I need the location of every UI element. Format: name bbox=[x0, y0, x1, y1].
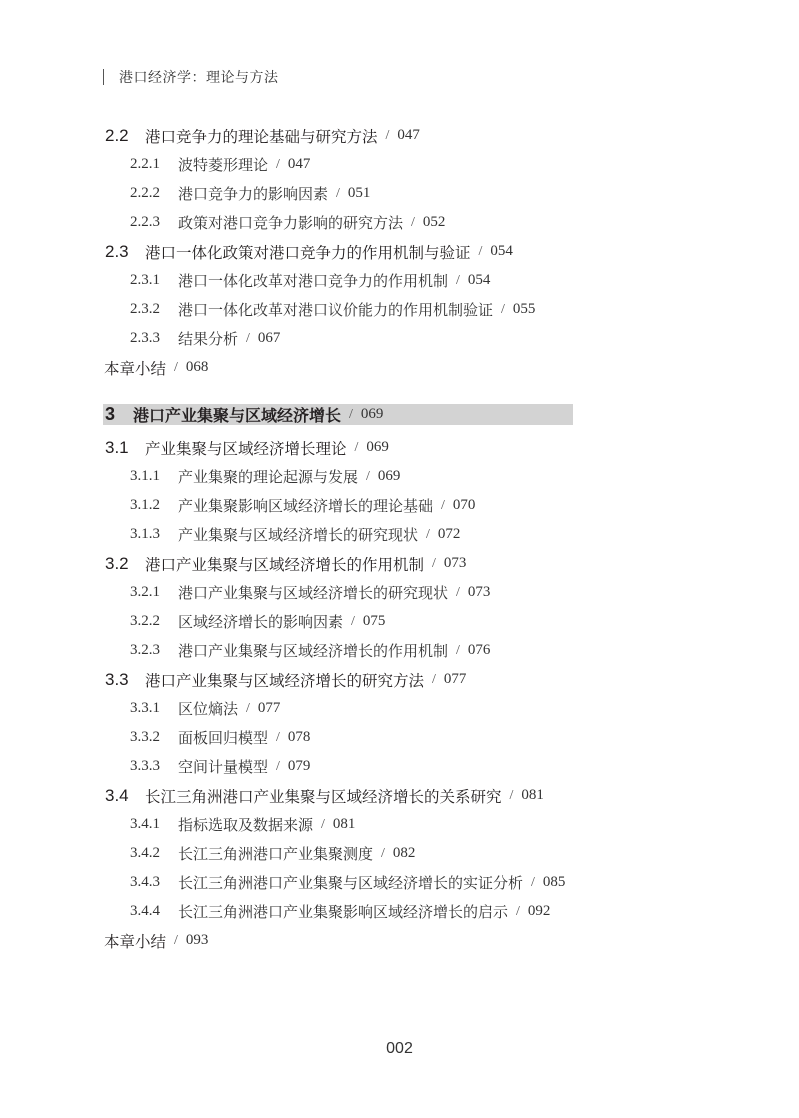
section-number: 2.3.2 bbox=[130, 301, 178, 318]
chapter-number: 3 bbox=[105, 404, 133, 425]
toc-entry-3-3-3[interactable]: 3.3.3 空间计量模型 / 079 bbox=[130, 752, 310, 781]
section-number: 3.2.3 bbox=[130, 642, 178, 659]
section-title: 港口产业集聚与区域经济增长的研究现状 bbox=[178, 582, 448, 603]
separator: / bbox=[276, 759, 280, 775]
page-ref: 077 bbox=[444, 671, 467, 688]
section-title: 长江三角洲港口产业集聚与区域经济增长的关系研究 bbox=[145, 785, 502, 807]
toc-entry-2-3-3[interactable]: 2.3.3 结果分析 / 067 bbox=[130, 324, 280, 353]
separator: / bbox=[246, 701, 250, 717]
separator: / bbox=[456, 585, 460, 601]
section-title: 波特菱形理论 bbox=[178, 154, 268, 175]
section-number: 3.4.4 bbox=[130, 903, 178, 920]
page-ref: 078 bbox=[288, 729, 311, 746]
toc-entry-2-3-2[interactable]: 2.3.2 港口一体化改革对港口议价能力的作用机制验证 / 055 bbox=[130, 295, 535, 324]
toc-entry-2-2-3[interactable]: 2.2.3 政策对港口竞争力影响的研究方法 / 052 bbox=[130, 208, 445, 237]
page-ref: 077 bbox=[258, 700, 281, 717]
page-ref: 072 bbox=[438, 526, 461, 543]
section-number: 3.1.1 bbox=[130, 468, 178, 485]
toc-entry-3-4[interactable]: 3.4 长江三角洲港口产业集聚与区域经济增长的关系研究 / 081 bbox=[105, 781, 544, 810]
page-ref: 073 bbox=[444, 555, 467, 572]
toc-entry-3-3-1[interactable]: 3.3.1 区位熵法 / 077 bbox=[130, 694, 280, 723]
page-ref: 075 bbox=[363, 613, 386, 630]
section-title: 区域经济增长的影响因素 bbox=[178, 611, 343, 632]
toc-entry-3-4-3[interactable]: 3.4.3 长江三角洲港口产业集聚与区域经济增长的实证分析 / 085 bbox=[130, 868, 565, 897]
separator: / bbox=[501, 302, 505, 318]
separator: / bbox=[479, 244, 483, 260]
section-title: 港口一体化改革对港口竞争力的作用机制 bbox=[178, 270, 448, 291]
section-title: 港口一体化改革对港口议价能力的作用机制验证 bbox=[178, 299, 493, 320]
page-ref: 054 bbox=[490, 243, 513, 260]
section-title: 产业集聚影响区域经济增长的理论基础 bbox=[178, 495, 433, 516]
section-number: 2.2.1 bbox=[130, 156, 178, 173]
section-number: 2.2.3 bbox=[130, 214, 178, 231]
section-number: 3.2.1 bbox=[130, 584, 178, 601]
separator: / bbox=[246, 331, 250, 347]
section-number: 3.1 bbox=[105, 438, 145, 458]
separator: / bbox=[411, 215, 415, 231]
separator: / bbox=[381, 846, 385, 862]
separator: / bbox=[426, 527, 430, 543]
section-title: 产业集聚的理论起源与发展 bbox=[178, 466, 358, 487]
page-ref: 081 bbox=[333, 816, 356, 833]
section-title: 本章小结 bbox=[104, 357, 166, 379]
section-number: 2.2 bbox=[105, 126, 145, 146]
page-ref: 047 bbox=[288, 156, 311, 173]
toc-chapter-3[interactable]: 3 港口产业集聚与区域经济增长 / 069 bbox=[103, 404, 573, 425]
section-title: 长江三角洲港口产业集聚影响区域经济增长的启示 bbox=[178, 901, 508, 922]
section-number: 3.1.2 bbox=[130, 497, 178, 514]
section-title: 港口产业集聚与区域经济增长的研究方法 bbox=[145, 669, 424, 691]
section-title: 港口产业集聚与区域经济增长的作用机制 bbox=[178, 640, 448, 661]
separator: / bbox=[351, 614, 355, 630]
page-ref: 070 bbox=[453, 497, 476, 514]
section-title: 区位熵法 bbox=[178, 698, 238, 719]
toc-entry-2-2-1[interactable]: 2.2.1 波特菱形理论 / 047 bbox=[130, 150, 310, 179]
section-title: 港口一体化政策对港口竞争力的作用机制与验证 bbox=[145, 241, 471, 263]
toc-entry-2-3-1[interactable]: 2.3.1 港口一体化改革对港口竞争力的作用机制 / 054 bbox=[130, 266, 490, 295]
toc-entry-3-1-3[interactable]: 3.1.3 产业集聚与区域经济增长的研究现状 / 072 bbox=[130, 520, 460, 549]
section-title: 空间计量模型 bbox=[178, 756, 268, 777]
page-ref: 092 bbox=[528, 903, 551, 920]
running-header: 港口经济学：理论与方法 bbox=[103, 66, 279, 88]
page-ref: 081 bbox=[521, 787, 544, 804]
page-ref: 047 bbox=[397, 127, 420, 144]
chapter-title: 港口产业集聚与区域经济增长 bbox=[133, 403, 341, 426]
section-number: 3.2.2 bbox=[130, 613, 178, 630]
separator: / bbox=[366, 469, 370, 485]
page-ref: 079 bbox=[288, 758, 311, 775]
toc-entry-summary-2[interactable]: 本章小结 / 068 bbox=[104, 353, 208, 382]
separator: / bbox=[174, 360, 178, 376]
section-title: 港口竞争力的理论基础与研究方法 bbox=[145, 125, 378, 147]
separator: / bbox=[174, 933, 178, 949]
separator: / bbox=[336, 186, 340, 202]
toc-entry-3-4-2[interactable]: 3.4.2 长江三角洲港口产业集聚测度 / 082 bbox=[130, 839, 415, 868]
section-number: 2.2.2 bbox=[130, 185, 178, 202]
toc-entry-2-3[interactable]: 2.3 港口一体化政策对港口竞争力的作用机制与验证 / 054 bbox=[105, 237, 513, 266]
separator: / bbox=[321, 817, 325, 833]
toc-entry-2-2[interactable]: 2.2 港口竞争力的理论基础与研究方法 / 047 bbox=[105, 121, 420, 150]
separator: / bbox=[456, 273, 460, 289]
separator: / bbox=[349, 407, 353, 423]
section-number: 3.4.2 bbox=[130, 845, 178, 862]
section-title: 指标选取及数据来源 bbox=[178, 814, 313, 835]
toc-entry-3-3-2[interactable]: 3.3.2 面板回归模型 / 078 bbox=[130, 723, 310, 752]
section-number: 3.4.3 bbox=[130, 874, 178, 891]
section-number: 3.3 bbox=[105, 670, 145, 690]
section-number: 3.4 bbox=[105, 786, 145, 806]
page-ref: 069 bbox=[361, 406, 384, 423]
header-rule bbox=[103, 69, 104, 85]
toc-entry-summary-3[interactable]: 本章小结 / 093 bbox=[104, 926, 208, 955]
page-ref: 067 bbox=[258, 330, 281, 347]
separator: / bbox=[456, 643, 460, 659]
separator: / bbox=[510, 788, 514, 804]
section-title: 港口竞争力的影响因素 bbox=[178, 183, 328, 204]
separator: / bbox=[432, 672, 436, 688]
section-number: 2.3.3 bbox=[130, 330, 178, 347]
page-ref: 093 bbox=[186, 932, 209, 949]
toc-entry-3-3[interactable]: 3.3 港口产业集聚与区域经济增长的研究方法 / 077 bbox=[105, 665, 466, 694]
page-ref: 085 bbox=[543, 874, 566, 891]
toc-entry-3-1-2[interactable]: 3.1.2 产业集聚影响区域经济增长的理论基础 / 070 bbox=[130, 491, 475, 520]
toc-entry-2-2-2[interactable]: 2.2.2 港口竞争力的影响因素 / 051 bbox=[130, 179, 370, 208]
page-ref: 082 bbox=[393, 845, 416, 862]
page-ref: 069 bbox=[366, 439, 389, 456]
toc-entry-3-4-1[interactable]: 3.4.1 指标选取及数据来源 / 081 bbox=[130, 810, 355, 839]
toc-entry-3-4-4[interactable]: 3.4.4 长江三角洲港口产业集聚影响区域经济增长的启示 / 092 bbox=[130, 897, 550, 926]
page-number: 002 bbox=[0, 1040, 799, 1058]
section-number: 2.3 bbox=[105, 242, 145, 262]
section-title: 产业集聚与区域经济增长的研究现状 bbox=[178, 524, 418, 545]
section-title: 政策对港口竞争力影响的研究方法 bbox=[178, 212, 403, 233]
separator: / bbox=[386, 128, 390, 144]
section-title: 结果分析 bbox=[178, 328, 238, 349]
page-ref: 052 bbox=[423, 214, 446, 231]
section-number: 3.4.1 bbox=[130, 816, 178, 833]
section-title: 港口产业集聚与区域经济增长的作用机制 bbox=[145, 553, 424, 575]
separator: / bbox=[441, 498, 445, 514]
toc-entry-3-2-3[interactable]: 3.2.3 港口产业集聚与区域经济增长的作用机制 / 076 bbox=[130, 636, 490, 665]
page-ref: 054 bbox=[468, 272, 491, 289]
toc-entry-3-2-2[interactable]: 3.2.2 区域经济增长的影响因素 / 075 bbox=[130, 607, 385, 636]
section-number: 2.3.1 bbox=[130, 272, 178, 289]
section-title: 长江三角洲港口产业集聚测度 bbox=[178, 843, 373, 864]
separator: / bbox=[276, 157, 280, 173]
page-ref: 076 bbox=[468, 642, 491, 659]
section-number: 3.3.3 bbox=[130, 758, 178, 775]
toc-entry-3-1[interactable]: 3.1 产业集聚与区域经济增长理论 / 069 bbox=[105, 433, 389, 462]
toc-entry-3-1-1[interactable]: 3.1.1 产业集聚的理论起源与发展 / 069 bbox=[130, 462, 400, 491]
page-ref: 069 bbox=[378, 468, 401, 485]
section-title: 本章小结 bbox=[104, 930, 166, 952]
separator: / bbox=[355, 440, 359, 456]
toc-entry-3-2[interactable]: 3.2 港口产业集聚与区域经济增长的作用机制 / 073 bbox=[105, 549, 466, 578]
section-number: 3.1.3 bbox=[130, 526, 178, 543]
page-ref: 068 bbox=[186, 359, 209, 376]
section-number: 3.3.1 bbox=[130, 700, 178, 717]
page-ref: 073 bbox=[468, 584, 491, 601]
separator: / bbox=[531, 875, 535, 891]
section-number: 3.2 bbox=[105, 554, 145, 574]
section-title: 面板回归模型 bbox=[178, 727, 268, 748]
toc-entry-3-2-1[interactable]: 3.2.1 港口产业集聚与区域经济增长的研究现状 / 073 bbox=[130, 578, 490, 607]
section-title: 长江三角洲港口产业集聚与区域经济增长的实证分析 bbox=[178, 872, 523, 893]
separator: / bbox=[432, 556, 436, 572]
separator: / bbox=[516, 904, 520, 920]
page-ref: 055 bbox=[513, 301, 536, 318]
section-title: 产业集聚与区域经济增长理论 bbox=[145, 437, 347, 459]
separator: / bbox=[276, 730, 280, 746]
page-ref: 051 bbox=[348, 185, 371, 202]
section-number: 3.3.2 bbox=[130, 729, 178, 746]
book-title: 港口经济学：理论与方法 bbox=[119, 67, 279, 87]
